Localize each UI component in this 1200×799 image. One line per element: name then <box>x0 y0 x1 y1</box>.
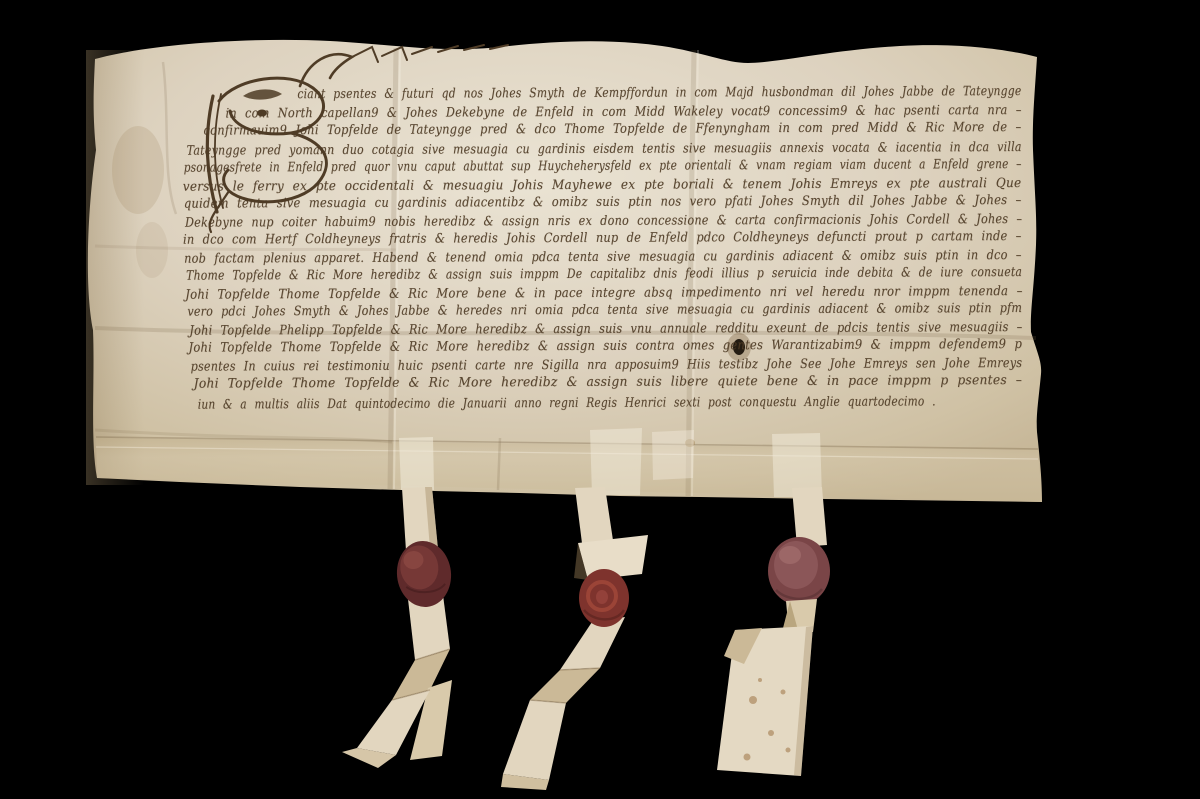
charter-text-line: Johi Topfelde Thome Topfelde & Ric More … <box>194 372 1023 393</box>
charter-text-line: Johi Topfelde Thome Topfelde & Ric More … <box>188 336 1022 357</box>
charter-text-block: ciant psentes & futuri qd nos Johes Smyt… <box>0 0 1200 799</box>
photo-of-medieval-charter: ciant psentes & futuri qd nos Johes Smyt… <box>0 0 1200 799</box>
charter-text-line: in dco com Hertf Coldheyneys fratris & h… <box>183 228 1022 249</box>
charter-text-line: quidem tenta sive mesuagia cu gardinis a… <box>184 192 1022 213</box>
charter-text-line: Thome Topfelde & Ric More heredibz & ass… <box>186 264 1022 285</box>
charter-text-line: confirmauim9 Johi Topfelde de Tateyngge … <box>203 119 1021 140</box>
charter-text-line: ciant psentes & futuri qd nos Johes Smyt… <box>297 83 1021 103</box>
charter-text-line: psonagesfrete in Enfeld pred quor vnu ca… <box>184 156 1022 177</box>
charter-text-line: iun & a multis aliis Dat quintodecimo di… <box>198 393 936 413</box>
charter-text-line: vero pdci Johes Smyth & Johes Jabbe & he… <box>187 300 1022 321</box>
